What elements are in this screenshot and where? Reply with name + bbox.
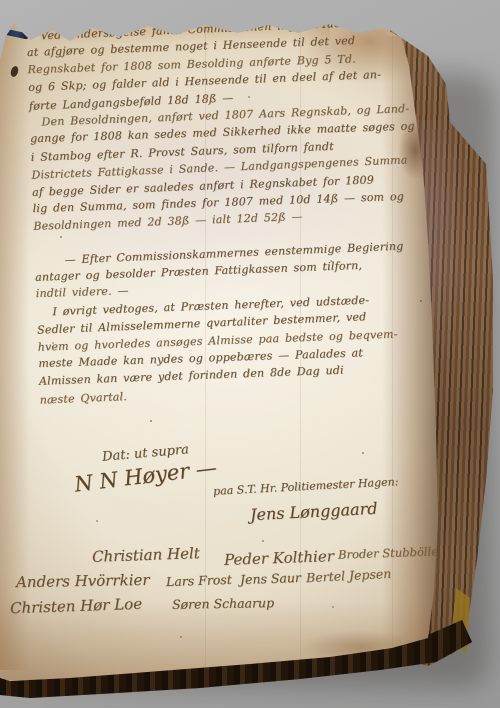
signature: Lars Frost (166, 572, 232, 589)
signature: Anders Hvörrkier (16, 571, 150, 591)
signature: Christian Helt (92, 544, 200, 566)
ink-speckles (0, 0, 2, 2)
manuscript-photo: Ved Undersøgelse fandt Commissionen inge… (0, 0, 500, 708)
signature: Søren Schaarup (172, 595, 274, 612)
signature: Jens Saur (240, 570, 301, 587)
handwritten-text-block: Ved Undersøgelse fandt Commissionen inge… (26, 12, 440, 408)
signature: Peder Kolthier (224, 547, 334, 569)
